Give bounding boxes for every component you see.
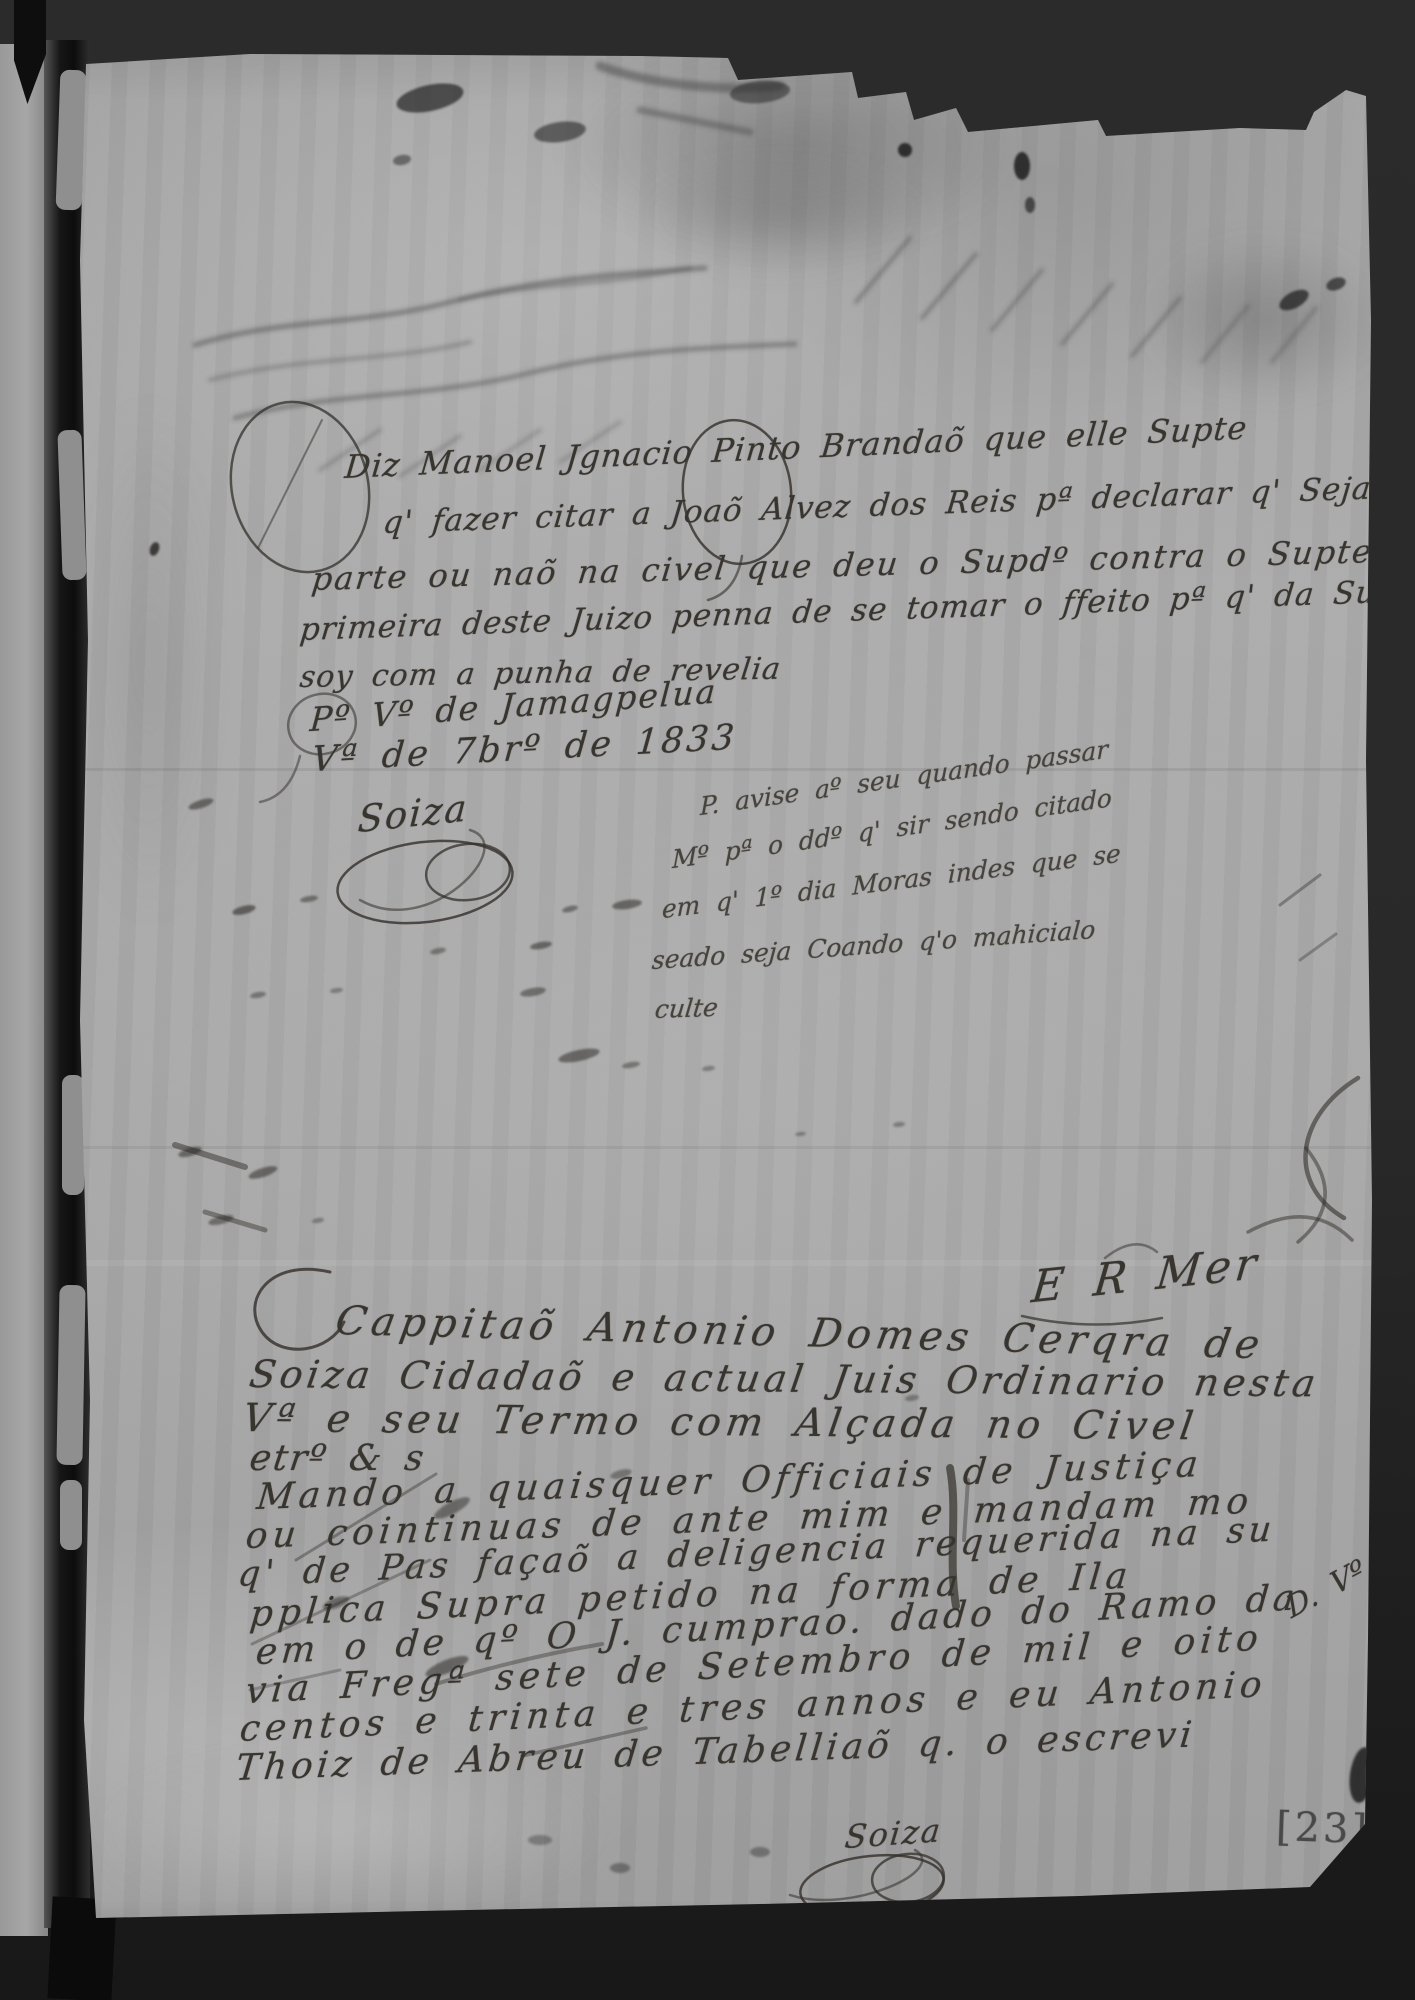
- ink-spot: [795, 1131, 806, 1136]
- binding-paper-tab: [56, 70, 87, 211]
- ink-spot: [622, 1060, 641, 1069]
- ink-spot: [187, 796, 214, 812]
- ink-spot: [520, 986, 547, 998]
- ink-spot: [177, 1145, 202, 1159]
- ink-spot: [148, 541, 161, 557]
- ink-spot: [207, 1213, 234, 1227]
- ink-spot: [702, 1065, 716, 1072]
- ink-spot: [530, 940, 553, 951]
- adjacent-page-edge: [0, 44, 48, 1936]
- ink-spot: [250, 991, 267, 1000]
- paper-crease: [80, 768, 1372, 771]
- ink-spot: [893, 1121, 905, 1127]
- manuscript-page: Diz Manoel Jgnacio Pinto Brandaõ que ell…: [0, 0, 1415, 2000]
- handwritten-line: seado seja Coando q'o mahicialo: [651, 915, 1096, 975]
- handwritten-line: q' fazer citar a Joaõ Alvez dos Reis pª …: [381, 470, 1373, 541]
- paper-stain: [630, 150, 930, 280]
- handwritten-line: Diz Manoel Jgnacio Pinto Brandaõ que ell…: [343, 409, 1249, 487]
- ink-spot: [430, 946, 447, 955]
- ink-spot: [562, 904, 579, 914]
- handwritten-line: culte: [653, 993, 719, 1024]
- er-merce-flourish: E R Mer: [1029, 1238, 1263, 1314]
- signature-rubric: Soiza: [843, 1811, 944, 1856]
- ink-spot: [247, 1164, 278, 1182]
- ink-spot: [300, 894, 319, 903]
- binding-paper-tab: [60, 1480, 82, 1550]
- ink-spot: [231, 903, 256, 917]
- binding-paper-tab: [56, 1285, 85, 1465]
- paper-stain: [560, 36, 1020, 256]
- ink-spot: [312, 1217, 325, 1224]
- paper-stain: [80, 400, 220, 920]
- microfilm-frame: Diz Manoel Jgnacio Pinto Brandaõ que ell…: [0, 0, 1415, 2000]
- signature-rubric: Soiza: [356, 786, 469, 841]
- ink-spot: [557, 1046, 600, 1065]
- binding-paper-tab: [62, 1075, 84, 1195]
- margin-mark: D. Vº: [1282, 1553, 1370, 1627]
- ink-spot: [612, 898, 643, 911]
- ink-spot: [330, 987, 344, 994]
- paper-crease: [80, 1146, 1372, 1149]
- page-number-marker: [23]: [1275, 1804, 1371, 1853]
- paper-stain: [1140, 235, 1390, 405]
